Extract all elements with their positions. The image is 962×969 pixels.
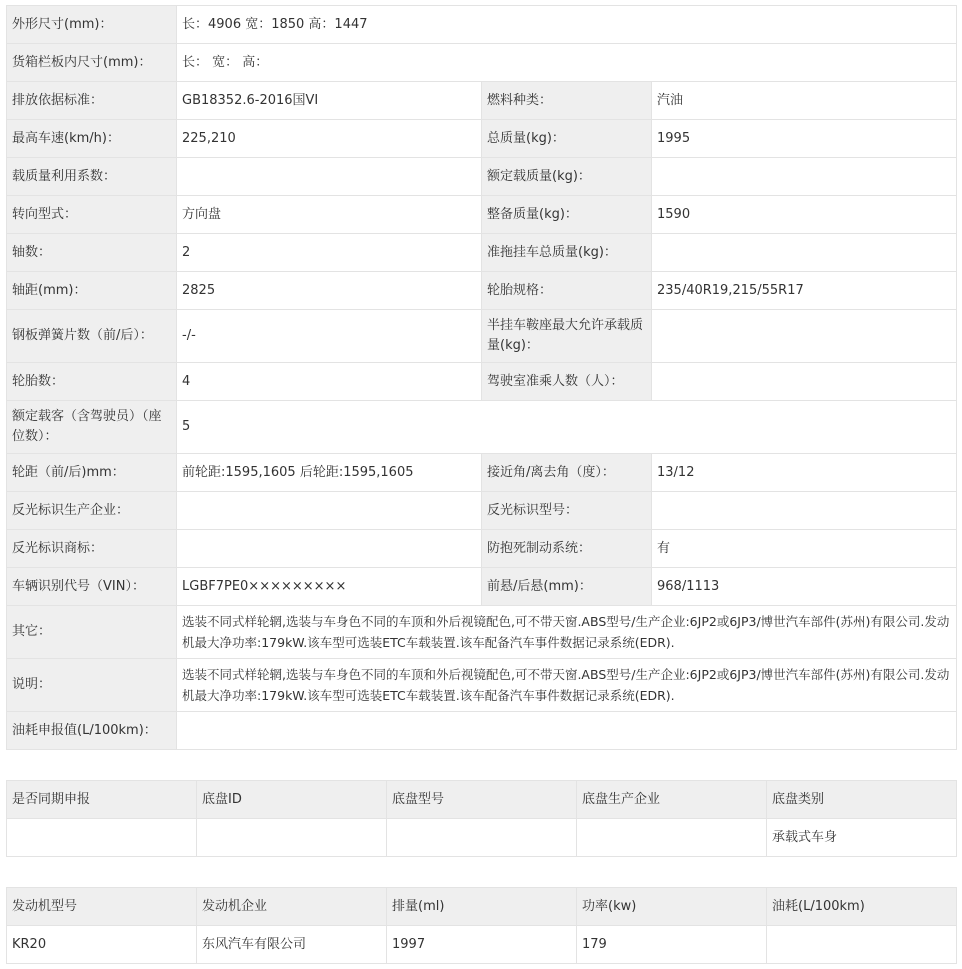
value-approach-departure-angle: 13/12 (652, 454, 957, 492)
label-abs: 防抱死制动系统： (482, 530, 652, 568)
label-trailer-mass: 准拖挂车总质量(kg)： (482, 234, 652, 272)
label-total-mass: 总质量(kg)： (482, 120, 652, 158)
label-fuel-consumption: 油耗申报值(L/100km)： (7, 712, 177, 750)
engine-maker: 东风汽车有限公司 (197, 926, 387, 964)
label-rated-load: 额定载质量(kg)： (482, 158, 652, 196)
engine-data-row: KR20 东风汽车有限公司 1997 179 (7, 926, 957, 964)
spec-row-speed: 最高车速(km/h)： 225,210 总质量(kg)： 1995 (7, 120, 957, 158)
value-reflector-model (652, 492, 957, 530)
label-load-coefficient: 载质量利用系数： (7, 158, 177, 196)
spec-row-tires: 轮胎数： 4 驾驶室准乘人数（人）： (7, 363, 957, 401)
spec-row-steering: 转向型式： 方向盘 整备质量(kg)： 1590 (7, 196, 957, 234)
engine-header-power: 功率(kw) (577, 888, 767, 926)
spec-row-reflector-maker: 反光标识生产企业： 反光标识型号： (7, 492, 957, 530)
label-steering: 转向型式： (7, 196, 177, 234)
value-cab-passengers (652, 363, 957, 401)
chassis-concurrent (7, 819, 197, 857)
spec-row-cargo-dimensions: 货箱栏板内尺寸(mm)： 长： 宽： 高： (7, 44, 957, 82)
label-reflector-brand: 反光标识商标： (7, 530, 177, 568)
spec-row-vin: 车辆识别代号（VIN）： LGBF7PE0××××××××× 前悬/后悬(mm)… (7, 568, 957, 606)
label-max-speed: 最高车速(km/h)： (7, 120, 177, 158)
spec-row-dimensions: 外形尺寸(mm)： 长：4906 宽：1850 高：1447 (7, 6, 957, 44)
label-emission-standard: 排放依据标准： (7, 82, 177, 120)
value-fuel-type: 汽油 (652, 82, 957, 120)
value-seat-count: 5 (177, 401, 957, 454)
label-cargo-dimensions: 货箱栏板内尺寸(mm)： (7, 44, 177, 82)
chassis-type: 承载式车身 (767, 819, 957, 857)
label-vin: 车辆识别代号（VIN）： (7, 568, 177, 606)
spec-row-wheelbase: 轴距(mm)： 2825 轮胎规格： 235/40R19,215/55R17 (7, 272, 957, 310)
label-seat-count: 额定载客（含驾驶员）（座位数）： (7, 401, 177, 454)
chassis-header-type: 底盘类别 (767, 781, 957, 819)
value-other: 选装不同式样轮辋,选装与车身色不同的车顶和外后视镜配色,可不带天窗.ABS型号/… (177, 606, 957, 659)
label-description: 说明： (7, 659, 177, 712)
vehicle-spec-table: 外形尺寸(mm)： 长：4906 宽：1850 高：1447 货箱栏板内尺寸(m… (6, 5, 957, 750)
label-reflector-maker: 反光标识生产企业： (7, 492, 177, 530)
value-curb-mass: 1590 (652, 196, 957, 234)
spec-row-load-coefficient: 载质量利用系数： 额定载质量(kg)： (7, 158, 957, 196)
chassis-data-row: 承载式车身 (7, 819, 957, 857)
spec-row-other: 其它： 选装不同式样轮辋,选装与车身色不同的车顶和外后视镜配色,可不带天窗.AB… (7, 606, 957, 659)
value-leaf-springs: -/- (177, 310, 482, 363)
label-axle-count: 轴数： (7, 234, 177, 272)
engine-header-model: 发动机型号 (7, 888, 197, 926)
spec-row-track: 轮距（前/后)mm： 前轮距:1595,1605 后轮距:1595,1605 接… (7, 454, 957, 492)
label-tire-count: 轮胎数： (7, 363, 177, 401)
value-trailer-mass (652, 234, 957, 272)
chassis-id (197, 819, 387, 857)
value-max-speed: 225,210 (177, 120, 482, 158)
chassis-header-id: 底盘ID (197, 781, 387, 819)
label-other: 其它： (7, 606, 177, 659)
value-total-mass: 1995 (652, 120, 957, 158)
value-fuel-consumption (177, 712, 957, 750)
value-description: 选装不同式样轮辋,选装与车身色不同的车顶和外后视镜配色,可不带天窗.ABS型号/… (177, 659, 957, 712)
chassis-header-row: 是否同期申报 底盘ID 底盘型号 底盘生产企业 底盘类别 (7, 781, 957, 819)
label-curb-mass: 整备质量(kg)： (482, 196, 652, 234)
value-cargo-dimensions: 长： 宽： 高： (177, 44, 957, 82)
value-reflector-brand (177, 530, 482, 568)
spec-row-springs: 钢板弹簧片数（前/后）： -/- 半挂车鞍座最大允许承载质量(kg)： (7, 310, 957, 363)
label-dimensions: 外形尺寸(mm)： (7, 6, 177, 44)
engine-consumption (767, 926, 957, 964)
chassis-header-model: 底盘型号 (387, 781, 577, 819)
label-saddle-load: 半挂车鞍座最大允许承载质量(kg)： (482, 310, 652, 363)
value-steering: 方向盘 (177, 196, 482, 234)
label-cab-passengers: 驾驶室准乘人数（人）： (482, 363, 652, 401)
value-tire-spec: 235/40R19,215/55R17 (652, 272, 957, 310)
spec-row-description: 说明： 选装不同式样轮辋,选装与车身色不同的车顶和外后视镜配色,可不带天窗.AB… (7, 659, 957, 712)
chassis-header-maker: 底盘生产企业 (577, 781, 767, 819)
spec-row-fuel-consumption: 油耗申报值(L/100km)： (7, 712, 957, 750)
value-emission-standard: GB18352.6-2016国VI (177, 82, 482, 120)
value-saddle-load (652, 310, 957, 363)
chassis-maker (577, 819, 767, 857)
value-tire-count: 4 (177, 363, 482, 401)
value-load-coefficient (177, 158, 482, 196)
engine-header-consumption: 油耗(L/100km) (767, 888, 957, 926)
value-track-width: 前轮距:1595,1605 后轮距:1595,1605 (177, 454, 482, 492)
value-rated-load (652, 158, 957, 196)
chassis-header-concurrent: 是否同期申报 (7, 781, 197, 819)
value-axle-count: 2 (177, 234, 482, 272)
label-fuel-type: 燃料种类： (482, 82, 652, 120)
label-reflector-model: 反光标识型号： (482, 492, 652, 530)
label-approach-departure-angle: 接近角/离去角（度）： (482, 454, 652, 492)
value-dimensions: 长：4906 宽：1850 高：1447 (177, 6, 957, 44)
spec-row-seats: 额定载客（含驾驶员）（座位数）： 5 (7, 401, 957, 454)
spec-row-emission: 排放依据标准： GB18352.6-2016国VI 燃料种类： 汽油 (7, 82, 957, 120)
value-overhang: 968/1113 (652, 568, 957, 606)
label-track-width: 轮距（前/后)mm： (7, 454, 177, 492)
engine-header-row: 发动机型号 发动机企业 排量(ml) 功率(kw) 油耗(L/100km) (7, 888, 957, 926)
label-wheelbase: 轴距(mm)： (7, 272, 177, 310)
chassis-model (387, 819, 577, 857)
spec-row-reflector-brand: 反光标识商标： 防抱死制动系统： 有 (7, 530, 957, 568)
engine-header-displacement: 排量(ml) (387, 888, 577, 926)
value-vin: LGBF7PE0××××××××× (177, 568, 482, 606)
chassis-table: 是否同期申报 底盘ID 底盘型号 底盘生产企业 底盘类别 承载式车身 (6, 780, 957, 857)
engine-model: KR20 (7, 926, 197, 964)
engine-header-maker: 发动机企业 (197, 888, 387, 926)
label-overhang: 前悬/后悬(mm)： (482, 568, 652, 606)
spec-row-axles: 轴数： 2 准拖挂车总质量(kg)： (7, 234, 957, 272)
engine-displacement: 1997 (387, 926, 577, 964)
label-tire-spec: 轮胎规格： (482, 272, 652, 310)
engine-table: 发动机型号 发动机企业 排量(ml) 功率(kw) 油耗(L/100km) KR… (6, 887, 957, 964)
value-wheelbase: 2825 (177, 272, 482, 310)
value-abs: 有 (652, 530, 957, 568)
label-leaf-springs: 钢板弹簧片数（前/后）： (7, 310, 177, 363)
value-reflector-maker (177, 492, 482, 530)
engine-power: 179 (577, 926, 767, 964)
